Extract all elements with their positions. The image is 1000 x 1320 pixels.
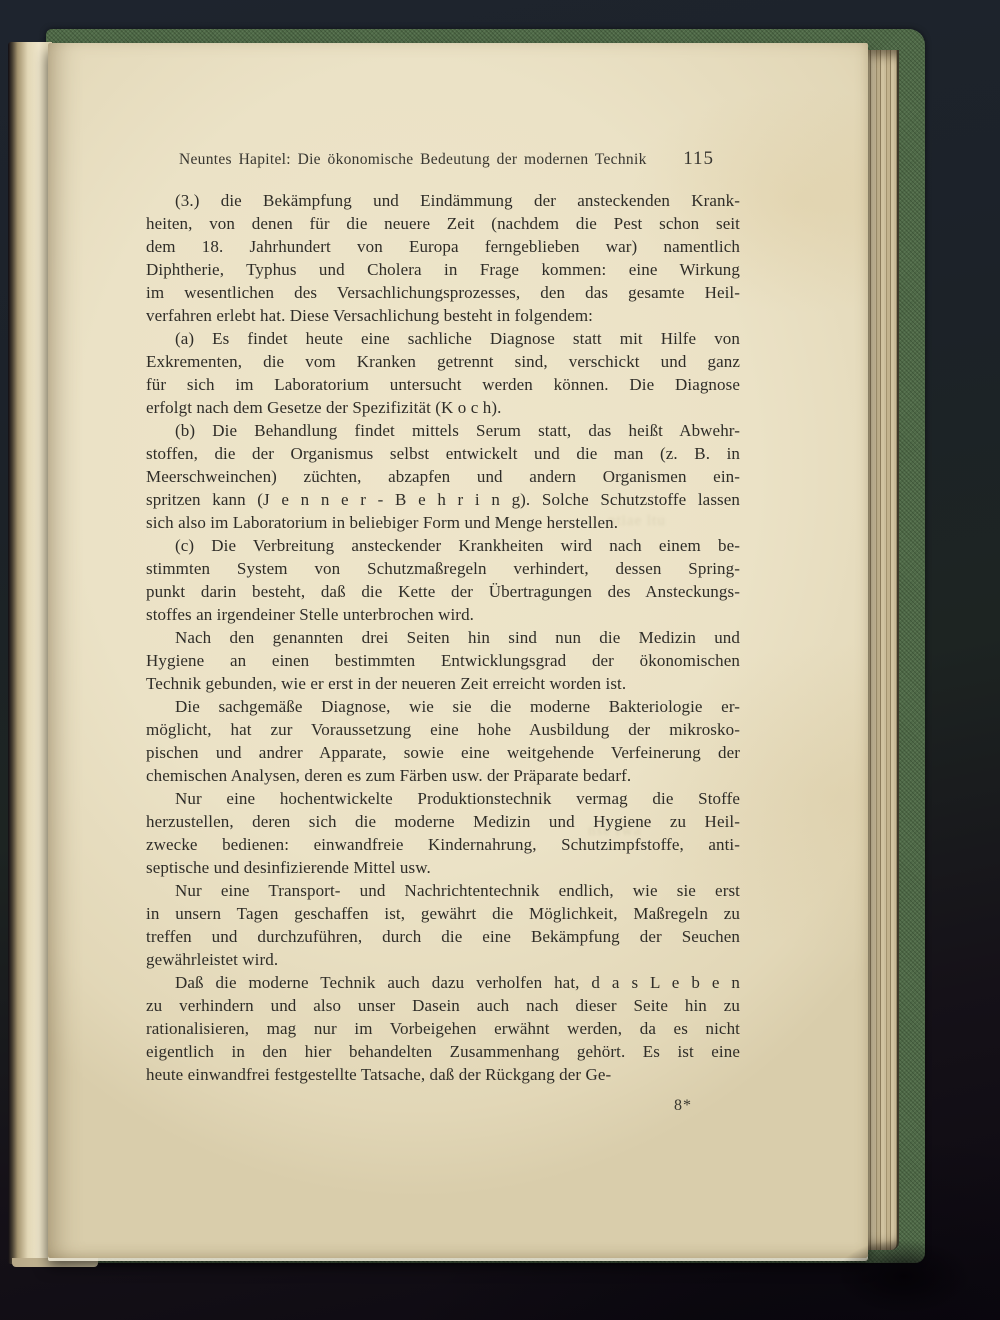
text-line: (3.) die Bekämpfung und Eindämmung der a… <box>146 189 740 212</box>
text-line: chemischen Analysen, deren es zum Färben… <box>146 764 740 787</box>
text-line: möglicht, hat zur Voraussetzung eine hoh… <box>146 718 740 741</box>
text-line: (b) Die Behandlung findet mittels Serum … <box>146 419 740 442</box>
gutter-page-curl <box>8 42 52 1264</box>
running-head: Neuntes Hapitel: Die ökonomische Bedeutu… <box>179 151 647 169</box>
text-line: Die sachgemäße Diagnose, wie sie die mod… <box>146 695 740 718</box>
text-area: Neuntes Hapitel: Die ökonomische Bedeutu… <box>146 148 740 1115</box>
text-line: erfolgt nach dem Gesetze der Spezifizitä… <box>146 396 740 419</box>
text-line: septische und desinfizierende Mittel usw… <box>146 856 740 879</box>
text-line: zu verhindern und also unser Dasein auch… <box>146 994 740 1017</box>
text-line: für sich im Laboratorium untersucht werd… <box>146 373 740 396</box>
paragraph: (a) Es findet heute eine sachliche Diagn… <box>146 327 740 419</box>
paragraph: Daß die moderne Technik auch dazu verhol… <box>146 971 740 1086</box>
text-line: Exkrementen, die vom Kranken getrennt si… <box>146 350 740 373</box>
text-line: (c) Die Verbreitung ansteckender Krankhe… <box>146 534 740 557</box>
paragraph: (b) Die Behandlung findet mittels Serum … <box>146 419 740 534</box>
signature-mark: 8* <box>146 1097 740 1115</box>
text-line: Nur eine Transport- und Nachrichtentechn… <box>146 879 740 902</box>
under-page-edge <box>12 1258 98 1267</box>
text-line: Daß die moderne Technik auch dazu verhol… <box>146 971 740 994</box>
text-line: dem 18. Jahrhundert von Europa ferngebli… <box>146 235 740 258</box>
text-line: punkt darin besteht, daß die Kette der Ü… <box>146 580 740 603</box>
text-line: in unsern Tagen geschaffen ist, gewährt … <box>146 902 740 925</box>
text-line: eigentlich in den hier behandelten Zusam… <box>146 1040 740 1063</box>
text-line: stoffen, die der Organismus selbst entwi… <box>146 442 740 465</box>
text-line: im wesentlichen des Versachlichungsproze… <box>146 281 740 304</box>
text-line: zwecke bedienen: einwandfreie Kindernahr… <box>146 833 740 856</box>
text-line: heute einwandfrei festgestellte Tatsache… <box>146 1063 740 1086</box>
paragraph: Nur eine Transport- und Nachrichtentechn… <box>146 879 740 971</box>
corner-shadow <box>836 1236 986 1320</box>
text-line: Hygiene an einen bestimmten Entwicklungs… <box>146 649 740 672</box>
text-line: gewährleistet wird. <box>146 948 740 971</box>
text-line: stoffes an irgendeiner Stelle unterbroch… <box>146 603 740 626</box>
paragraph: (3.) die Bekämpfung und Eindämmung der a… <box>146 189 740 327</box>
text-line: stimmten System von Schutzmaßregeln verh… <box>146 557 740 580</box>
text-line: spritzen kann (J e n n e r - B e h r i n… <box>146 488 740 511</box>
text-line: Technik gebunden, wie er erst in der neu… <box>146 672 740 695</box>
text-line: sich also im Laboratorium in beliebiger … <box>146 511 740 534</box>
text-line: (a) Es findet heute eine sachliche Diagn… <box>146 327 740 350</box>
text-line: heiten, von denen für die neuere Zeit (n… <box>146 212 740 235</box>
text-block: (3.) die Bekämpfung und Eindämmung der a… <box>146 189 740 1086</box>
text-line: herzustellen, deren sich die moderne Med… <box>146 810 740 833</box>
page-number: 115 <box>683 148 714 170</box>
paragraph: Nach den genannten drei Seiten hin sind … <box>146 626 740 695</box>
text-line: Meerschweinchen) züchten, abzapfen und a… <box>146 465 740 488</box>
page-header: Neuntes Hapitel: Die ökonomische Bedeutu… <box>146 148 740 170</box>
paragraph: (c) Die Verbreitung ansteckender Krankhe… <box>146 534 740 626</box>
paragraph: Nur eine hochentwickelte Produktionstech… <box>146 787 740 879</box>
paragraph: Die sachgemäße Diagnose, wie sie die mod… <box>146 695 740 787</box>
text-line: rationalisieren, mag nur im Vorbeigehen … <box>146 1017 740 1040</box>
page-edges-stack <box>864 50 899 1250</box>
text-line: Nur eine hochentwickelte Produktionstech… <box>146 787 740 810</box>
text-line: Nach den genannten drei Seiten hin sind … <box>146 626 740 649</box>
text-line: verfahren erlebt hat. Diese Versachlichu… <box>146 304 740 327</box>
text-line: Diphtherie, Typhus und Cholera in Frage … <box>146 258 740 281</box>
text-line: treffen und durchzuführen, durch die ein… <box>146 925 740 948</box>
text-line: pischen und andrer Apparate, sowie eine … <box>146 741 740 764</box>
